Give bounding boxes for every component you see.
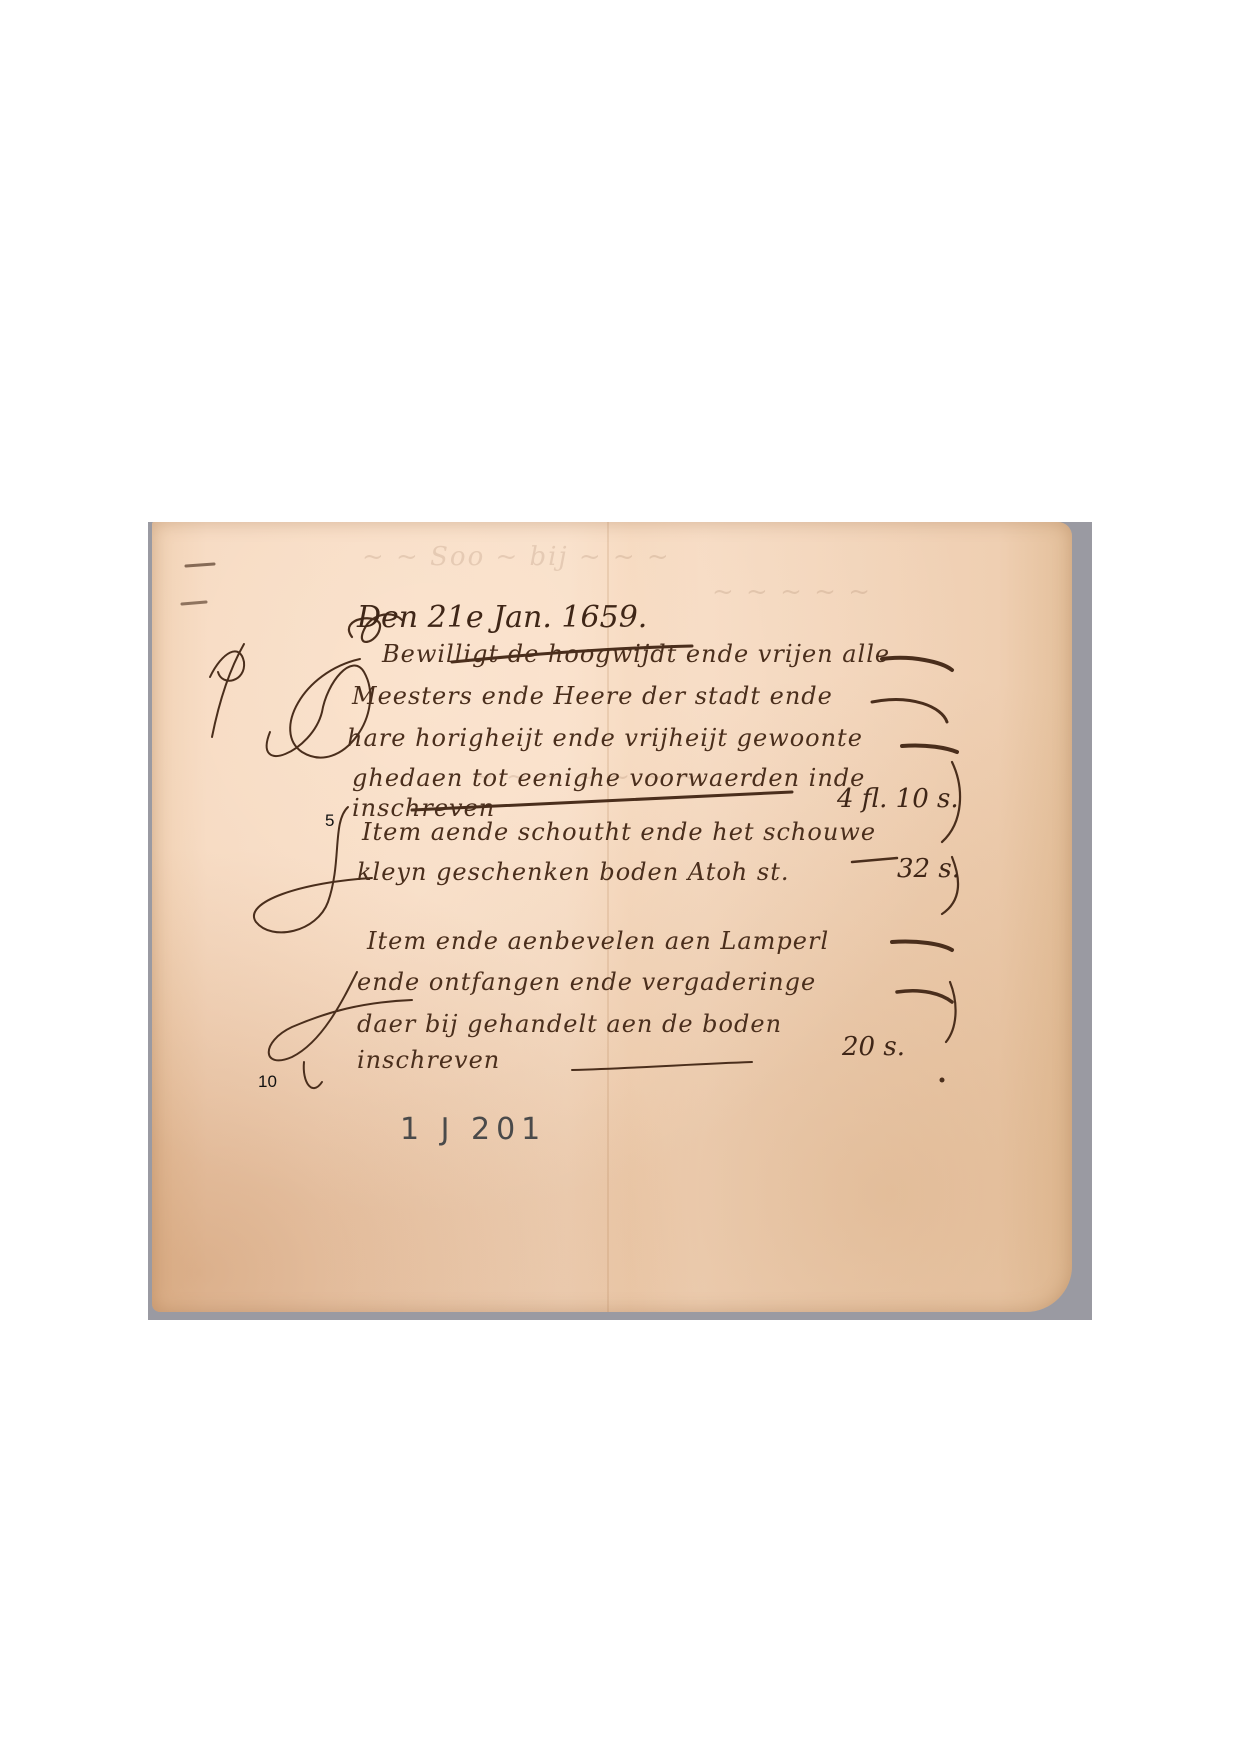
line-number-10: 10 <box>258 1072 277 1092</box>
manuscript-scan: ~ ~ Soo ~ bij ~ ~ ~ ~ ~ ~ ~ ~ ~ ~ ~ ~ ~ … <box>148 522 1092 1320</box>
date-heading: Den 21e Jan. 1659. <box>357 600 647 635</box>
entry-3-line-4: inschreven <box>357 1046 500 1074</box>
entry-1-amount: 4 fl. 10 s. <box>837 784 959 814</box>
entry-1-line-4: ghedaen tot eenighe voorwaerden inde <box>352 764 865 792</box>
entry-1-line-1: Bewilligt de hoogwijdt ende vrijen alle <box>382 640 890 668</box>
archive-shelf-mark: 1 J 201 <box>400 1112 546 1147</box>
entry-2-amount: 32 s. <box>897 854 960 884</box>
entry-1-line-2: Meesters ende Heere der stadt ende <box>352 682 833 710</box>
entry-2-line-2: kleyn geschenken boden Atoh st. <box>357 858 789 886</box>
entry-3-line-1: Item ende aenbevelen aen Lamperl <box>367 927 829 955</box>
entry-1-line-3: hare horigheijt ende vrijheijt gewoonte <box>347 724 863 752</box>
entry-2-line-1: Item aende schoutht ende het schouwe <box>362 818 876 846</box>
entry-3-line-2: ende ontfangen ende vergaderinge <box>357 968 816 996</box>
parchment-sheet: ~ ~ Soo ~ bij ~ ~ ~ ~ ~ ~ ~ ~ ~ ~ ~ ~ ~ … <box>152 522 1072 1312</box>
entry-3-amount: 20 s. <box>842 1032 905 1062</box>
entry-3-line-3: daer bij gehandelt aen de boden <box>357 1010 782 1038</box>
line-number-5: 5 <box>325 811 334 831</box>
